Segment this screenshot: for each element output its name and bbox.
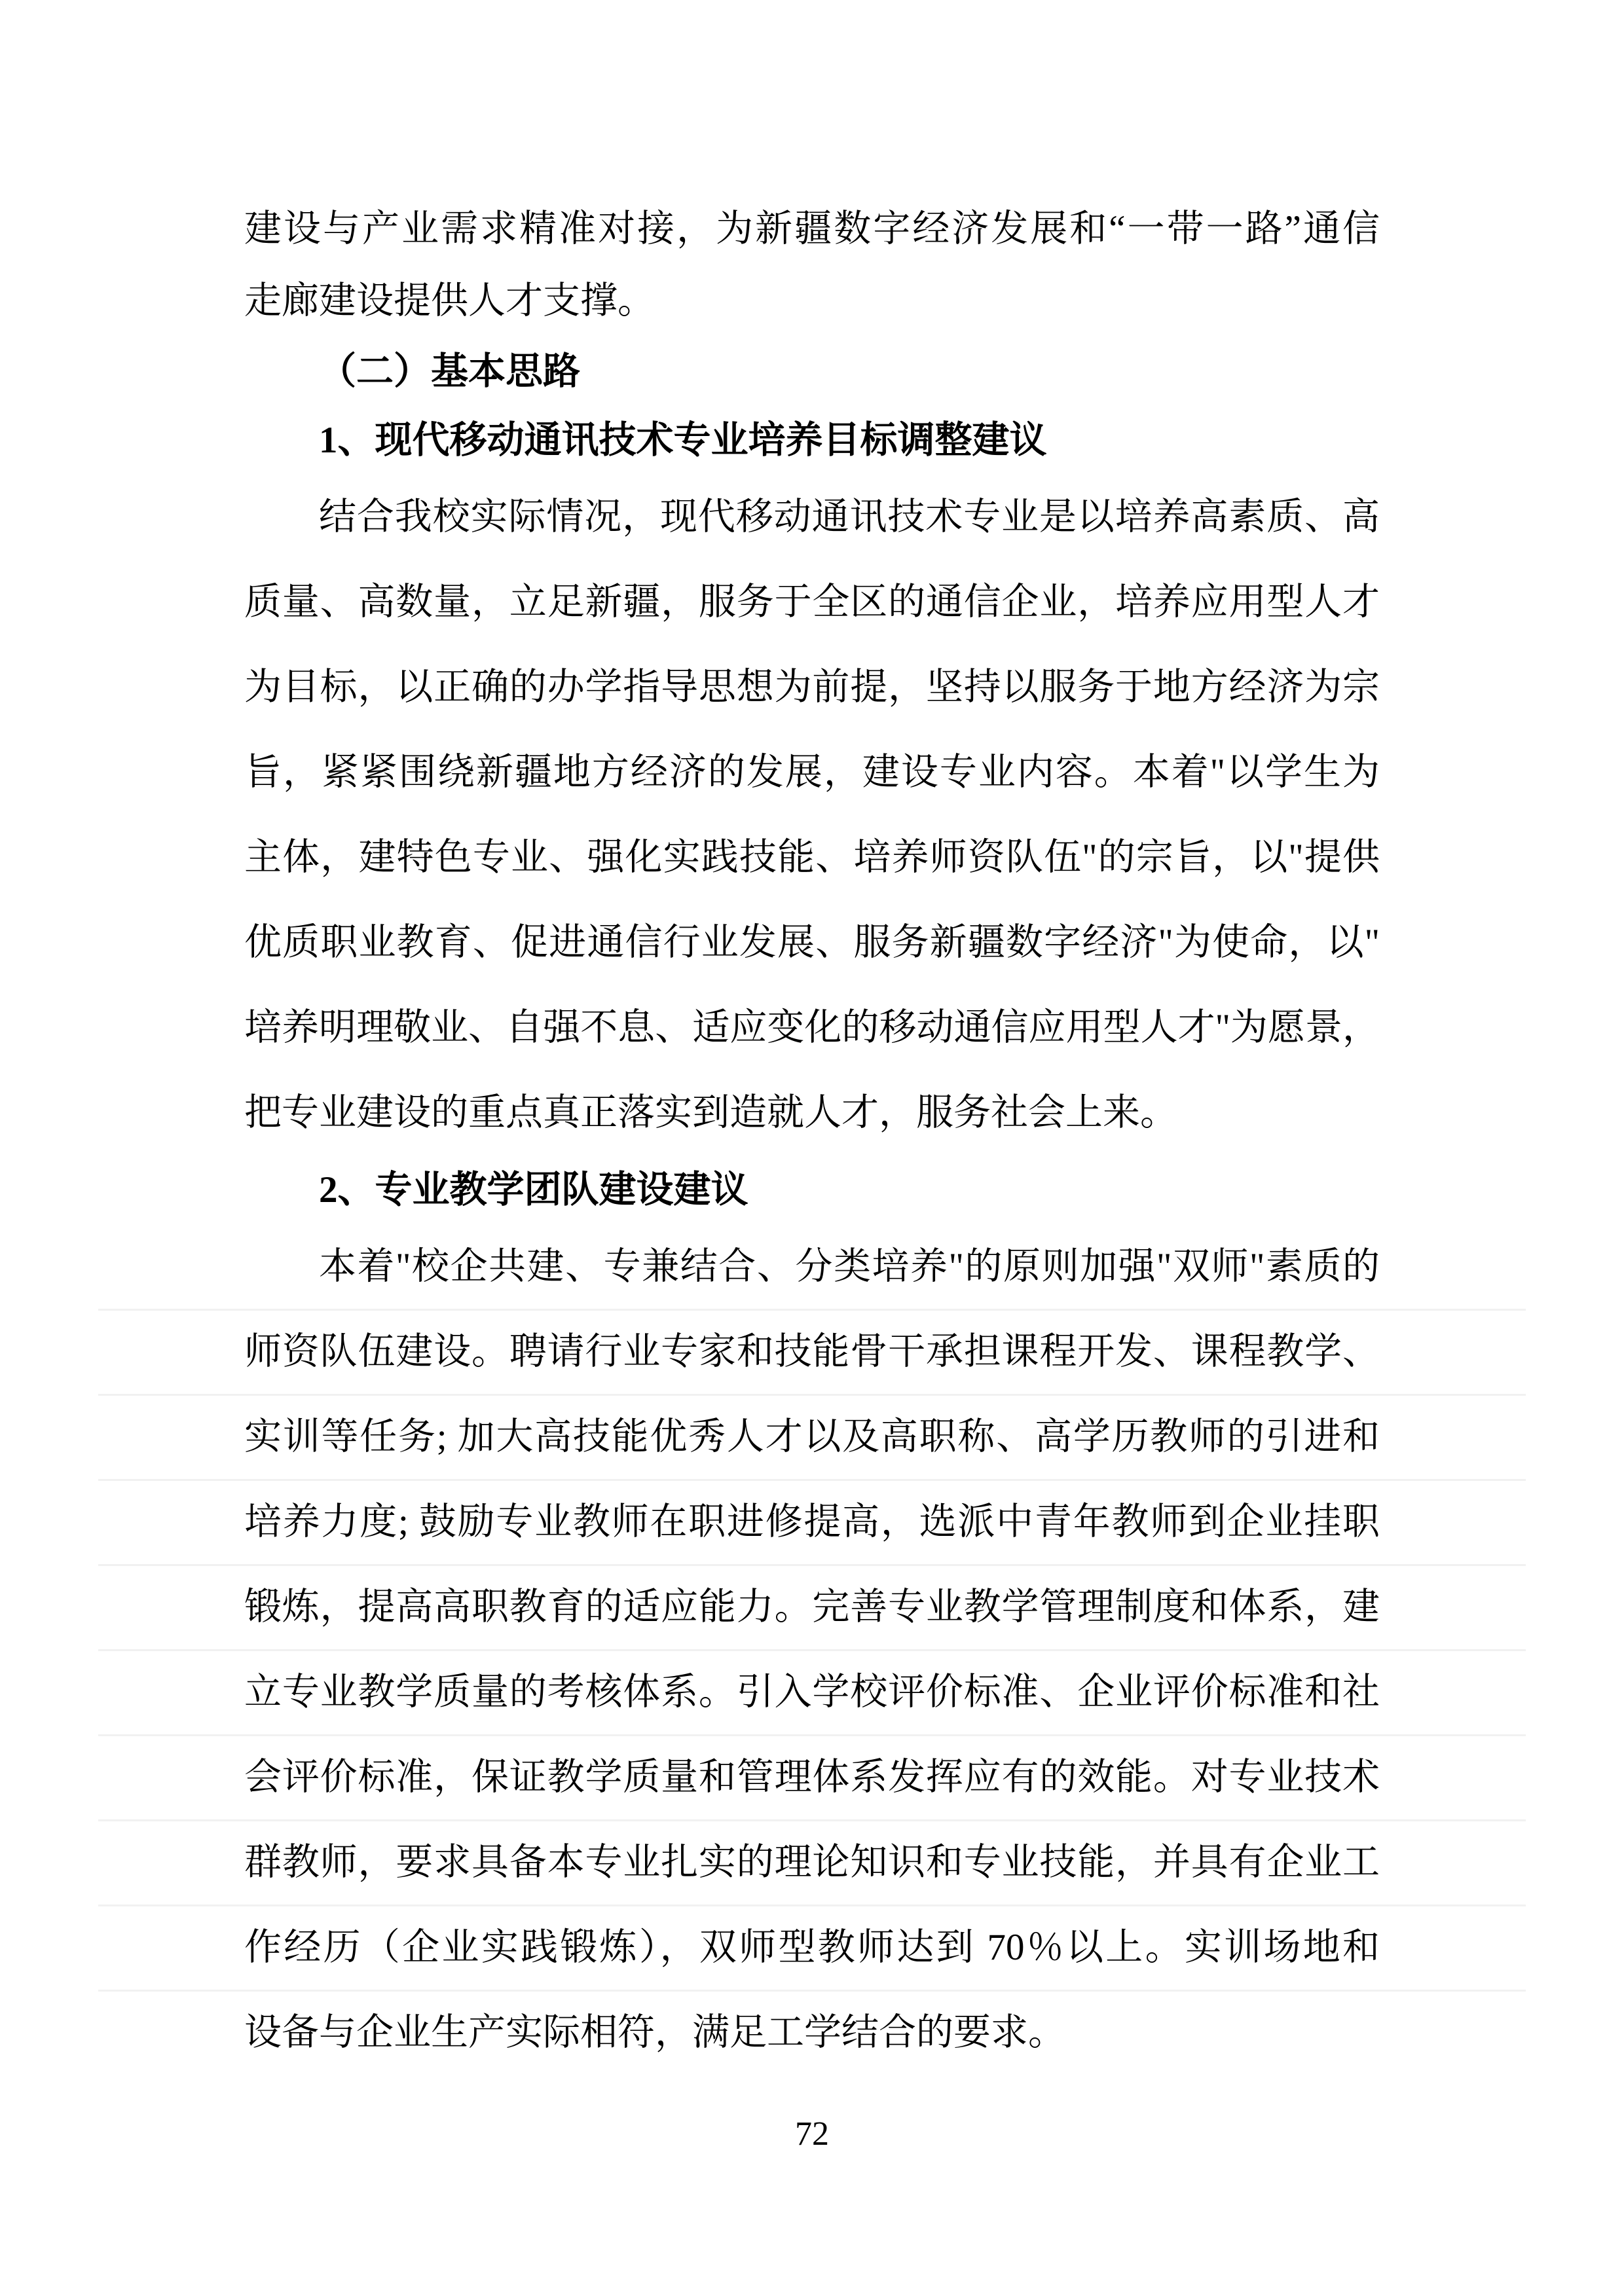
page-number: 72 xyxy=(0,2098,1624,2170)
text-line: 主体，建特色专业、强化实践技能、培养师资队伍"的宗旨，以"提供 xyxy=(244,815,1380,900)
text-line: 旨，紧紧围绕新疆地方经济的发展，建设专业内容。本着"以学生为 xyxy=(244,730,1380,815)
text-line: 设备与企业生产实际相符，满足工学结合的要求。 xyxy=(244,1990,1380,2075)
text-line: 培养明理敬业、自强不息、适应变化的移动通信应用型人才"为愿景， xyxy=(244,985,1380,1070)
heading-section: （二）基本思路 xyxy=(244,337,1380,406)
paragraph-continuation: 建设与产业需求精准对接，为新疆数字经济发展和“一带一路”通信 走廊建设提供人才支… xyxy=(244,193,1380,337)
text-line: 本着"校企共建、专兼结合、分类培养"的原则加强"双师"素质的 xyxy=(244,1224,1380,1309)
text-line: 师资队伍建设。聘请行业专家和技能骨干承担课程开发、课程教学、 xyxy=(244,1309,1380,1394)
text-line: 会评价标准，保证教学质量和管理体系发挥应有的效能。对专业技术 xyxy=(244,1735,1380,1820)
heading-sub2: 2、专业教学团队建设建议 xyxy=(244,1156,1380,1224)
paragraph-2: 本着"校企共建、专兼结合、分类培养"的原则加强"双师"素质的 师资队伍建设。聘请… xyxy=(244,1224,1380,2075)
text-line: 群教师，要求具备本专业扎实的理论知识和专业技能，并具有企业工 xyxy=(244,1820,1380,1905)
text-line: 实训等任务; 加大高技能优秀人才以及高职称、高学历教师的引进和 xyxy=(244,1394,1380,1480)
text-line: 培养力度; 鼓励专业教师在职进修提高，选派中青年教师到企业挂职 xyxy=(244,1480,1380,1565)
text-line: 质量、高数量，立足新疆，服务于全区的通信企业，培养应用型人才 xyxy=(244,560,1380,645)
text-line: 作经历（企业实践锻炼），双师型教师达到 70％以上。实训场地和 xyxy=(244,1905,1380,1990)
text-line: 结合我校实际情况，现代移动通讯技术专业是以培养高素质、高 xyxy=(244,475,1380,560)
text-line: 优质职业教育、促进通信行业发展、服务新疆数字经济"为使命，以" xyxy=(244,900,1380,985)
text-line: 建设与产业需求精准对接，为新疆数字经济发展和“一带一路”通信 xyxy=(244,193,1380,265)
document-page: 建设与产业需求精准对接，为新疆数字经济发展和“一带一路”通信 走廊建设提供人才支… xyxy=(0,0,1624,2296)
heading-sub1: 1、现代移动通讯技术专业培养目标调整建议 xyxy=(244,406,1380,475)
text-line: 为目标，以正确的办学指导思想为前提，坚持以服务于地方经济为宗 xyxy=(244,645,1380,730)
text-line: 立专业教学质量的考核体系。引入学校评价标准、企业评价标准和社 xyxy=(244,1650,1380,1735)
text-line: 锻炼，提高高职教育的适应能力。完善专业教学管理制度和体系，建 xyxy=(244,1565,1380,1650)
paragraph-1: 结合我校实际情况，现代移动通讯技术专业是以培养高素质、高 质量、高数量，立足新疆… xyxy=(244,475,1380,1156)
text-line: 走廊建设提供人才支撑。 xyxy=(244,265,1380,337)
text-block: 建设与产业需求精准对接，为新疆数字经济发展和“一带一路”通信 走廊建设提供人才支… xyxy=(244,193,1380,2075)
text-line: 把专业建设的重点真正落实到造就人才，服务社会上来。 xyxy=(244,1070,1380,1156)
